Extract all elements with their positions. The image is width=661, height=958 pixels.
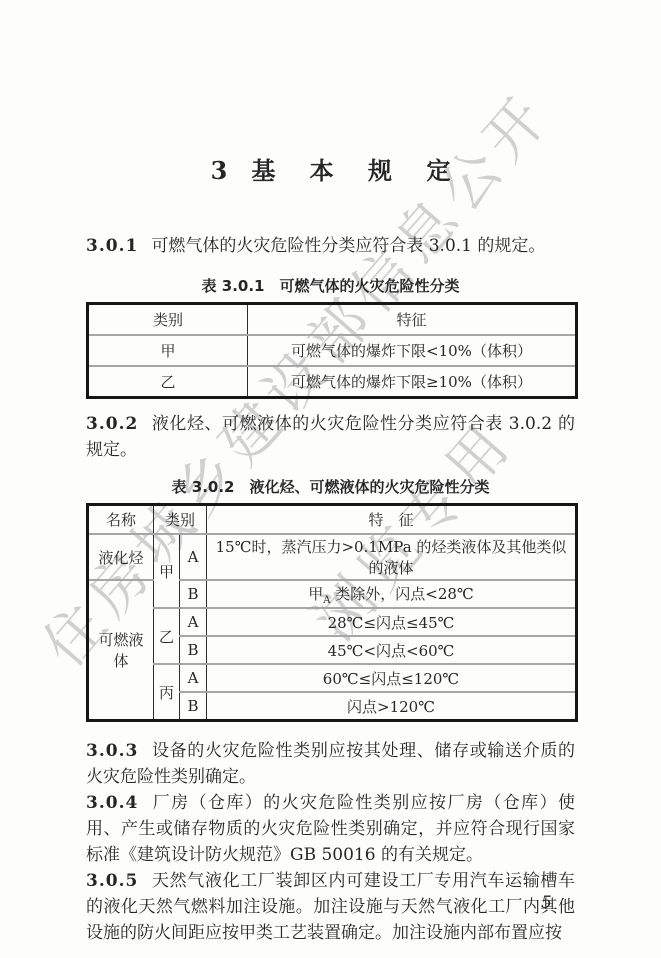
header-cell-feature: 特 征 [207,505,577,535]
table-3-0-2-caption: 表 3.0.2 液化烃、可燃液体的火灾危险性分类 [86,477,575,497]
table-header-row: 名称 类别 特 征 [88,505,577,535]
cell-class: B [180,636,207,664]
feature-text: 类除外，闪点<28℃ [331,585,474,603]
cell-feature: 45℃<闪点<60℃ [207,636,577,664]
section-text: 厂房（仓库）的火灾危险性类别应按厂房（仓库）使用、产生或储存物质的火灾危险性类别… [86,793,575,865]
cell-class: A [180,608,207,636]
cell-group: 乙 [154,608,180,664]
section-3-0-2: 3.0.2液化烃、可燃液体的火灾危险性分类应符合表 3.0.2 的规定。 [86,411,575,463]
cell-name: 液化烃 [88,534,154,580]
section-text: 天然气液化工厂装卸区内可建设工厂专用汽车运输槽车的液化天然气燃料加注设施。加注设… [86,871,575,943]
cell-feature: 可燃气体的爆炸下限<10%（体积） [248,335,577,366]
cell-feature: 可燃气体的爆炸下限≥10%（体积） [248,366,577,398]
chapter-title: 3基 本 规 定 [86,155,575,187]
cell-group: 丙 [154,664,180,721]
page-content: 3基 本 规 定 3.0.1可燃气体的火灾危险性分类应符合表 3.0.1 的规定… [0,0,661,946]
cell-class: A [180,534,207,580]
section-number: 3.0.4 [86,793,138,813]
cell-name: 可燃液体 [88,580,154,721]
header-cell-feature: 特征 [248,304,577,336]
cell-class: B [180,580,207,608]
cell-category: 甲 [88,335,248,366]
table-3-0-1: 类别 特征 甲 可燃气体的爆炸下限<10%（体积） 乙 可燃气体的爆炸下限≥10… [86,302,578,399]
header-cell-category: 类别 [88,304,248,336]
table-row: 丙 A 60℃≤闪点≤120℃ [88,664,577,692]
section-number: 3.0.1 [86,236,138,256]
table-row: 液化烃 甲 A 15℃时，蒸汽压力>0.1MPa 的烃类液体及其他类似的液体 [88,534,577,580]
table-row: 甲 可燃气体的爆炸下限<10%（体积） [88,335,577,366]
cell-feature: 甲A 类除外，闪点<28℃ [207,580,577,608]
header-cell-name: 名称 [88,505,154,535]
chapter-title-text: 基 本 规 定 [251,156,463,185]
feature-subscript: A [323,595,330,606]
section-3-0-4: 3.0.4厂房（仓库）的火灾危险性类别应按厂房（仓库）使用、产生或储存物质的火灾… [86,790,575,868]
cell-feature: 15℃时，蒸汽压力>0.1MPa 的烃类液体及其他类似的液体 [207,534,577,580]
feature-text: 甲 [308,585,323,603]
cell-group: 甲 [154,534,180,608]
cell-feature: 28℃≤闪点≤45℃ [207,608,577,636]
section-number: 3.0.3 [86,741,138,761]
document-page: 住房城乡建设部信息公开 浏览专用 3基 本 规 定 3.0.1可燃气体的火灾危险… [0,0,661,958]
section-text: 设备的火灾危险性类别应按其处理、储存或输送介质的火灾危险性类别确定。 [86,741,575,787]
section-3-0-5: 3.0.5天然气液化工厂装卸区内可建设工厂专用汽车运输槽车的液化天然气燃料加注设… [86,868,575,946]
table-row: 乙 A 28℃≤闪点≤45℃ [88,608,577,636]
chapter-number: 3 [211,156,228,185]
cell-class: B [180,692,207,721]
cell-feature: 60℃≤闪点≤120℃ [207,664,577,692]
section-number: 3.0.2 [86,414,138,434]
header-cell-category: 类别 [154,505,207,535]
cell-feature: 闪点>120℃ [207,692,577,721]
section-3-0-1: 3.0.1可燃气体的火灾危险性分类应符合表 3.0.1 的规定。 [86,233,575,259]
page-number: 5 [541,893,552,913]
table-3-0-2: 名称 类别 特 征 液化烃 甲 A 15℃时，蒸汽压力>0.1MPa 的烃类液体… [86,503,578,722]
section-text: 液化烃、可燃液体的火灾危险性分类应符合表 3.0.2 的规定。 [86,414,575,460]
table-header-row: 类别 特征 [88,304,577,336]
cell-category: 乙 [88,366,248,398]
cell-class: A [180,664,207,692]
section-3-0-3: 3.0.3设备的火灾危险性类别应按其处理、储存或输送介质的火灾危险性类别确定。 [86,738,575,790]
section-number: 3.0.5 [86,871,138,891]
table-row: 乙 可燃气体的爆炸下限≥10%（体积） [88,366,577,398]
table-3-0-1-caption: 表 3.0.1 可燃气体的火灾危险性分类 [86,276,575,296]
section-text: 可燃气体的火灾危险性分类应符合表 3.0.1 的规定。 [151,236,545,256]
